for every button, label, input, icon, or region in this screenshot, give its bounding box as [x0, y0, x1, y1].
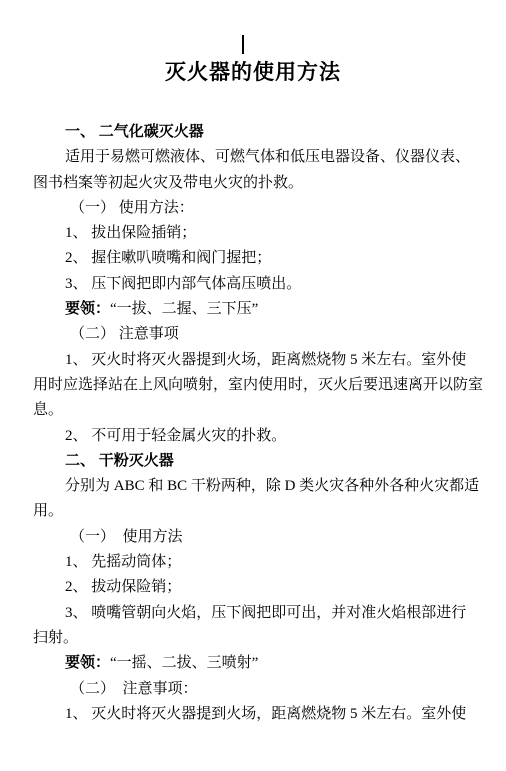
section-heading: 一、 二气化碳灭火器 [33, 120, 478, 145]
list-item: 1、 灭火时将灭火器提到火场，距离燃烧物 5 米左右。室外使 [33, 348, 478, 373]
list-item: 3、 喷嘴管朝向火焰，压下阀把即可出，并对准火焰根部进行 [33, 601, 478, 626]
list-item: 2、 拔动保险销； [33, 575, 478, 600]
sub-heading: （二） 注意事项： [33, 677, 478, 702]
key-point-line: 要领：“一拔、二握、三下压” [33, 297, 478, 322]
section-heading: 二、 干粉灭火器 [33, 449, 478, 474]
list-item: 1、 拔出保险插销； [33, 221, 478, 246]
key-point-label: 要领： [65, 301, 110, 317]
list-item: 1、 灭火时将灭火器提到火场，距离燃烧物 5 米左右。室外使 [33, 702, 478, 727]
list-item: 2、 不可用于轻金属火灾的扑救。 [33, 424, 478, 449]
text-cursor-icon [242, 35, 244, 54]
document-page[interactable]: 灭火器的使用方法 一、 二气化碳灭火器 适用于易燃可燃液体、可燃气体和低压电器设… [0, 0, 506, 771]
key-point-text: “一摇、二拔、三喷射” [110, 655, 258, 671]
doc-line: 息。 [33, 398, 478, 423]
doc-line: 扫射。 [33, 626, 478, 651]
list-item: 2、 握住嗽叭喷嘴和阀门握把； [33, 246, 478, 271]
doc-line: 图书档案等初起火灾及带电火灾的扑救。 [33, 171, 478, 196]
list-item: 3、 压下阀把即内部气体高压喷出。 [33, 272, 478, 297]
document-body: 一、 二气化碳灭火器 适用于易燃可燃液体、可燃气体和低压电器设备、仪器仪表、 图… [33, 120, 478, 727]
key-point-line: 要领：“一摇、二拔、三喷射” [33, 651, 478, 676]
sub-heading: （二） 注意事项 [33, 322, 478, 347]
list-item: 1、 先摇动筒体； [33, 550, 478, 575]
key-point-text: “一拔、二握、三下压” [110, 301, 258, 317]
key-point-label: 要领： [65, 655, 110, 671]
doc-line: 适用于易燃可燃液体、可燃气体和低压电器设备、仪器仪表、 [33, 145, 478, 170]
sub-heading: （一） 使用方法 [33, 525, 478, 550]
doc-line: 用。 [33, 499, 478, 524]
doc-line: 分别为 ABC 和 BC 干粉两种，除 D 类火灾各种外各种火灾都适 [33, 474, 478, 499]
sub-heading: （一） 使用方法： [33, 196, 478, 221]
document-title: 灭火器的使用方法 [0, 58, 506, 87]
doc-line: 用时应选择站在上风向喷射，室内使用时，灭火后要迅速离开以防室 [33, 373, 478, 398]
